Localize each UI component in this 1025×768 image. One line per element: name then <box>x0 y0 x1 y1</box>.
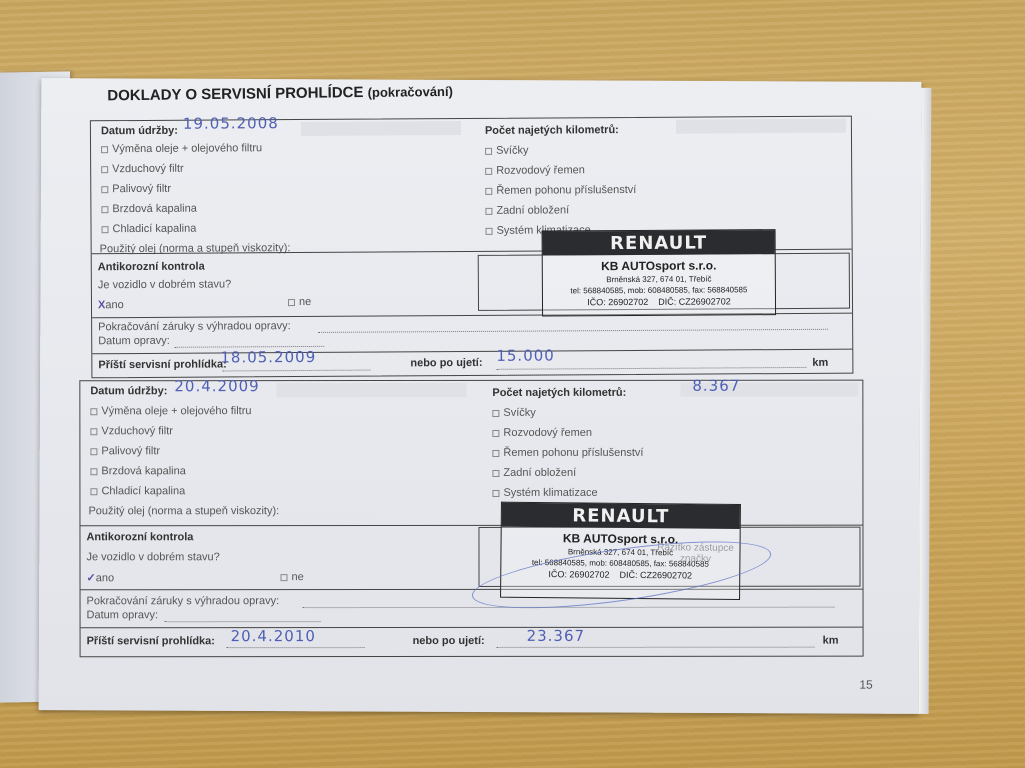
checkbox-icon <box>90 408 97 415</box>
next-service-date[interactable]: 20.4.2010 <box>231 627 316 645</box>
service-booklet-page: DOKLADY O SERVISNÍ PROHLÍDCE (pokračován… <box>39 78 922 714</box>
divider <box>81 627 863 629</box>
checkbox-icon <box>90 428 97 435</box>
check-label: Chladicí kapalina <box>101 485 185 497</box>
service-date-value[interactable]: 19.05.2008 <box>183 114 279 133</box>
warranty-field[interactable] <box>318 329 828 333</box>
checkbox-icon <box>492 410 499 417</box>
stamp-dic: DIČ: CZ26902702 <box>658 296 731 306</box>
check-label: Svíčky <box>503 407 535 419</box>
checkbox-icon <box>101 166 108 173</box>
check-label: Rozvodový řemen <box>503 427 592 439</box>
good-condition-question: Je vozidlo v dobrém stavu? <box>86 551 219 563</box>
mileage-label: Počet najetých kilometrů: <box>485 124 619 137</box>
checkbox-icon <box>101 146 108 153</box>
check-spark-plugs[interactable]: Svíčky <box>492 407 535 419</box>
check-label: Výměna oleje + olejového filtru <box>112 142 262 155</box>
option-yes[interactable]: Xano <box>98 299 124 311</box>
service-date-label: Datum údržby: <box>90 385 167 397</box>
checkbox-icon <box>90 448 97 455</box>
anticorrosion-label: Antikorozní kontrola <box>86 531 193 543</box>
check-oil[interactable]: Výměna oleje + olejového filtru <box>90 405 251 417</box>
no-label: ne <box>292 571 304 583</box>
yes-label: ano <box>96 572 114 584</box>
stamp-company: KB AUTOsport s.r.o. <box>543 258 775 273</box>
stamp-ids: IČO: 26902702 DIČ: CZ26902702 <box>543 296 775 307</box>
no-label: ne <box>299 296 311 308</box>
check-air-conditioning[interactable]: Systém klimatizace <box>492 487 597 499</box>
repair-date-label: Datum opravy: <box>87 609 159 621</box>
or-after-label: nebo po ujetí: <box>410 357 482 369</box>
checkbox-icon <box>288 299 295 306</box>
check-timing-belt[interactable]: Rozvodový řemen <box>485 164 585 177</box>
mileage-label: Počet najetých kilometrů: <box>492 387 626 399</box>
check-fuel-filter[interactable]: Palivový filtr <box>101 183 171 195</box>
check-label: Zadní obložení <box>503 467 576 479</box>
shaded-field <box>301 121 461 136</box>
check-label: Chladicí kapalina <box>112 223 196 236</box>
title-main: DOKLADY O SERVISNÍ PROHLÍDCE <box>107 84 363 104</box>
checkbox-icon <box>485 207 492 214</box>
yes-label: ano <box>105 299 123 311</box>
warranty-label: Pokračování záruky s výhradou opravy: <box>98 320 291 333</box>
divider <box>92 349 852 355</box>
checkbox-icon <box>102 226 109 233</box>
checkbox-icon <box>281 574 288 581</box>
check-label: Svíčky <box>496 145 528 157</box>
stamp-ico: IČO: 26902702 <box>587 297 648 307</box>
check-brake-fluid[interactable]: Brzdová kapalina <box>101 203 196 216</box>
check-label: Výměna oleje + olejového filtru <box>101 405 251 417</box>
service-record-1: Datum údržby: 19.05.2008 Výměna oleje + … <box>90 116 854 379</box>
shaded-field <box>276 383 466 397</box>
checkbox-icon <box>485 147 492 154</box>
check-accessory-belt[interactable]: Řemen pohonu příslušenství <box>492 447 643 459</box>
check-timing-belt[interactable]: Rozvodový řemen <box>492 427 592 439</box>
check-accessory-belt[interactable]: Řemen pohonu příslušenství <box>485 184 636 197</box>
anticorrosion-label: Antikorozní kontrola <box>98 261 205 274</box>
check-label: Brzdová kapalina <box>112 203 196 216</box>
km-unit: km <box>823 635 839 647</box>
check-label: Palivový filtr <box>112 183 171 195</box>
km-unit: km <box>812 357 828 369</box>
check-label: Zadní obložení <box>496 204 569 216</box>
next-service-label: Příští servisní prohlídka: <box>87 635 215 647</box>
service-record-2: Datum údržby: 20.4.2009 Výměna oleje + o… <box>79 380 863 658</box>
service-date-value[interactable]: 20.4.2009 <box>174 377 259 395</box>
checked-mark-icon: ✓ <box>87 572 96 584</box>
check-label: Řemen pohonu příslušenství <box>496 184 636 197</box>
check-air-filter[interactable]: Vzduchový filtr <box>101 163 184 176</box>
stamp-address: Brněnská 327, 674 01, Třebíč <box>543 274 775 284</box>
checkbox-icon <box>492 450 499 457</box>
next-service-label: Příští servisní prohlídka: <box>98 358 226 371</box>
checkbox-icon <box>492 430 499 437</box>
checkbox-icon <box>486 227 493 234</box>
repair-date-label: Datum opravy: <box>98 335 170 347</box>
check-oil[interactable]: Výměna oleje + olejového filtru <box>101 142 262 155</box>
checkbox-icon <box>492 470 499 477</box>
next-service-km[interactable]: 23.367 <box>527 627 586 645</box>
good-condition-question: Je vozidlo v dobrém stavu? <box>98 278 231 291</box>
page-title: DOKLADY O SERVISNÍ PROHLÍDCE (pokračován… <box>107 83 453 105</box>
warranty-field[interactable] <box>303 607 835 608</box>
option-no[interactable]: ne <box>288 296 311 308</box>
check-label: Vzduchový filtr <box>112 163 184 175</box>
dealer-stamp: RENAULT KB AUTOsport s.r.o. Brněnská 327… <box>542 229 777 316</box>
divider <box>81 589 863 591</box>
next-service-date[interactable]: 18.05.2009 <box>220 348 316 367</box>
next-service-date-field <box>227 647 365 648</box>
next-service-km-field <box>496 367 806 370</box>
used-oil-label: Použitý olej (norma a stupeň viskozity): <box>88 505 279 517</box>
renault-logo: RENAULT <box>543 230 775 255</box>
check-label: Systém klimatizace <box>503 487 597 499</box>
page-number: 15 <box>859 678 872 692</box>
option-yes[interactable]: ✓ano <box>87 571 115 584</box>
checkbox-icon <box>492 490 499 497</box>
next-service-km-field <box>497 647 815 648</box>
check-air-filter[interactable]: Vzduchový filtr <box>90 425 173 437</box>
check-label: Palivový filtr <box>101 445 160 457</box>
repair-date-field[interactable] <box>165 621 321 622</box>
title-suffix: (pokračování) <box>368 84 453 100</box>
warranty-label: Pokračování záruky s výhradou opravy: <box>87 595 280 607</box>
checkbox-icon <box>90 488 97 495</box>
check-brake-fluid[interactable]: Brzdová kapalina <box>90 465 185 477</box>
shaded-field <box>676 119 846 134</box>
check-coolant[interactable]: Chladicí kapalina <box>101 223 196 236</box>
check-label: Rozvodový řemen <box>496 164 585 177</box>
checkbox-icon <box>485 187 492 194</box>
renault-logo: RENAULT <box>502 503 740 529</box>
check-coolant[interactable]: Chladicí kapalina <box>90 485 185 497</box>
check-label: Vzduchový filtr <box>101 425 173 437</box>
checkbox-icon <box>485 167 492 174</box>
mileage-value[interactable]: 8.367 <box>692 377 740 395</box>
check-spark-plugs[interactable]: Svíčky <box>485 145 528 157</box>
checkbox-icon <box>90 468 97 475</box>
check-label: Brzdová kapalina <box>101 465 185 477</box>
check-rear-pads[interactable]: Zadní obložení <box>492 467 576 479</box>
next-service-km[interactable]: 15.000 <box>496 346 555 364</box>
checkbox-icon <box>101 186 108 193</box>
stamp-contacts: tel: 568840585, mob: 608480585, fax: 568… <box>543 285 775 295</box>
next-service-date-field <box>222 370 370 372</box>
check-label: Řemen pohonu příslušenství <box>503 447 643 459</box>
checkbox-icon <box>101 206 108 213</box>
service-date-label: Datum údržby: <box>101 125 178 137</box>
check-fuel-filter[interactable]: Palivový filtr <box>90 445 160 457</box>
check-rear-pads[interactable]: Zadní obložení <box>485 204 569 217</box>
option-no[interactable]: ne <box>281 571 304 583</box>
or-after-label: nebo po ujetí: <box>413 635 485 647</box>
